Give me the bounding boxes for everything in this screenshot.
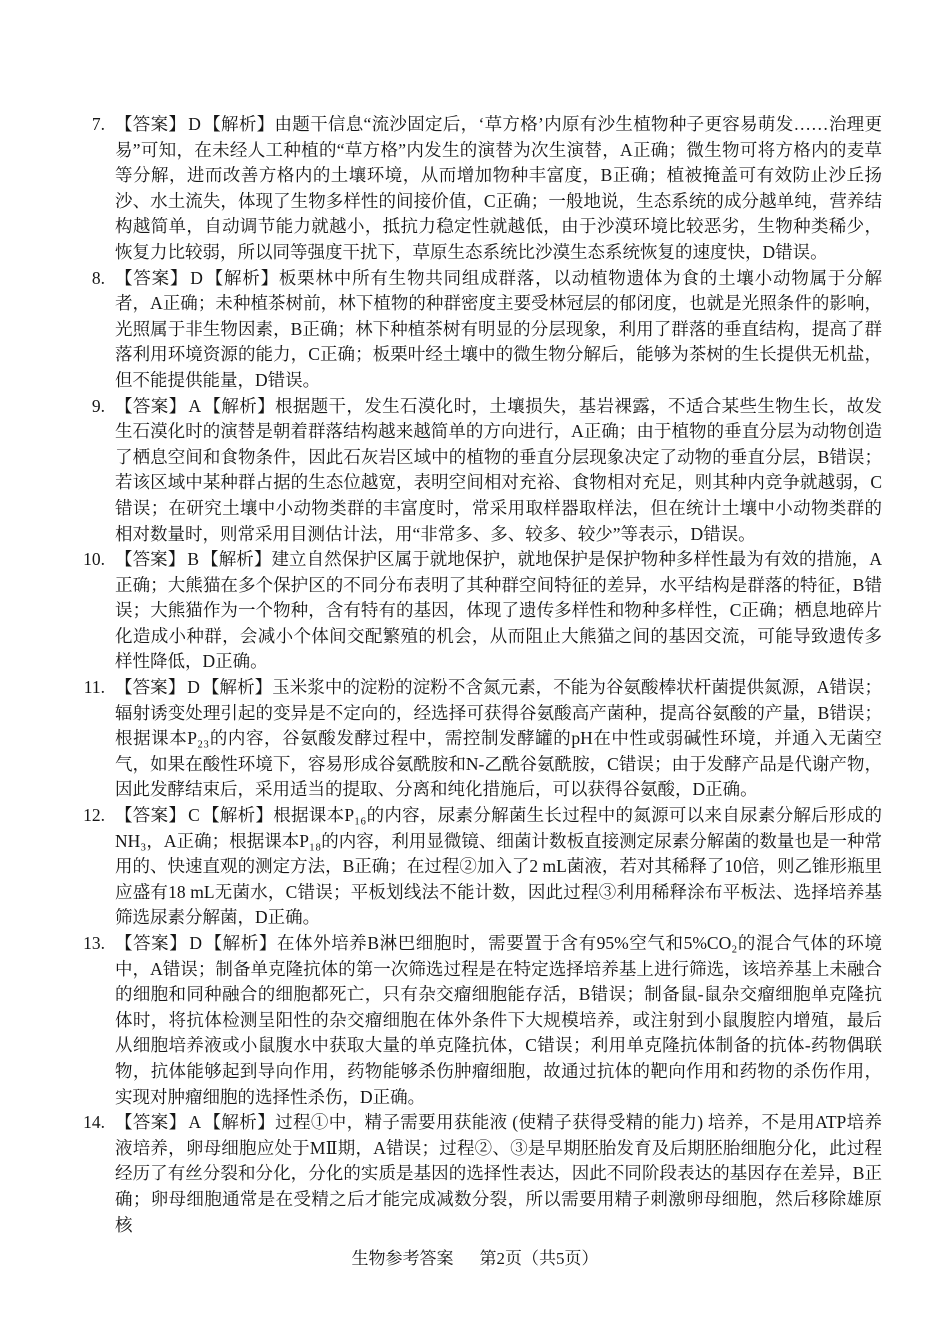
item-number: 14. [57,1110,105,1136]
answer-label: 【答案】 [115,933,187,953]
analysis-label: 【解析】 [203,1112,275,1132]
answer-item-8: 8. 【答案】D【解析】板栗林中所有生物共同组成群落，以动植物遗体为食的土壤小动… [115,266,882,394]
answers-list: 7. 【答案】D【解析】由题干信息“流沙固定后，‘草方格’内原有沙生植物种子更容… [115,112,882,1238]
answer-item-14: 14. 【答案】A【解析】过程①中，精子需要用获能液 (使精子获得受精的能力) … [115,1110,882,1238]
answer-letter: D [188,268,205,288]
answer-label: 【答案】 [115,677,185,697]
item-number: 11. [57,675,105,701]
item-number: 8. [57,266,105,292]
answer-label: 【答案】 [115,396,186,416]
answer-item-9: 9. 【答案】A【解析】根据题干，发生石漠化时，土壤损失，基岩裸露，不适合某些生… [115,394,882,548]
answer-letter: D [187,933,204,953]
analysis-label: 【解析】 [203,114,275,134]
item-text: 【答案】A【解析】根据题干，发生石漠化时，土壤损失，基岩裸露，不适合某些生物生长… [115,394,882,548]
answer-item-13: 13. 【答案】D【解析】在体外培养B淋巴细胞时，需要置于含有95%空气和5%C… [115,931,882,1110]
analysis-label: 【解析】 [205,268,279,288]
analysis-text: 由题干信息“流沙固定后，‘草方格’内原有沙生植物种子更容易萌发……治理更易”可知… [115,114,882,262]
item-number: 9. [57,394,105,420]
answer-label: 【答案】 [115,805,186,825]
answer-label: 【答案】 [115,1112,187,1132]
item-number: 12. [57,803,105,829]
answer-label: 【答案】 [115,549,185,569]
answer-letter: D [186,114,203,134]
answer-item-12: 12. 【答案】C【解析】根据课本P₁₆的内容，尿素分解菌生长过程中的氮源可以来… [115,803,882,931]
analysis-label: 【解析】 [202,805,273,825]
footer-doc-title: 生物参考答案 [352,1249,454,1268]
item-text: 【答案】B【解析】建立自然保护区属于就地保护，就地保护是保护物种多样性最为有效的… [115,547,882,675]
item-number: 13. [57,931,105,957]
analysis-label: 【解析】 [201,549,271,569]
item-number: 7. [57,112,105,138]
item-number: 10. [57,547,105,573]
answer-letter: C [186,805,202,825]
item-text: 【答案】D【解析】在体外培养B淋巴细胞时，需要置于含有95%空气和5%CO₂的混… [115,931,882,1110]
analysis-label: 【解析】 [204,933,277,953]
answer-label: 【答案】 [115,114,186,134]
answer-item-10: 10. 【答案】B【解析】建立自然保护区属于就地保护，就地保护是保护物种多样性最… [115,547,882,675]
item-text: 【答案】D【解析】由题干信息“流沙固定后，‘草方格’内原有沙生植物种子更容易萌发… [115,112,882,266]
analysis-text: 根据题干，发生石漠化时，土壤损失，基岩裸露，不适合某些生物生长，故发生石漠化时的… [115,396,882,544]
answer-label: 【答案】 [115,268,188,288]
analysis-label: 【解析】 [202,677,272,697]
item-text: 【答案】C【解析】根据课本P₁₆的内容，尿素分解菌生长过程中的氮源可以来自尿素分… [115,803,882,931]
answer-letter: A [186,396,203,416]
answer-letter: B [185,549,201,569]
item-text: 【答案】D【解析】板栗林中所有生物共同组成群落，以动植物遗体为食的土壤小动物属于… [115,266,882,394]
answer-item-11: 11. 【答案】D【解析】玉米浆中的淀粉的淀粉不含氮元素，不能为谷氨酸棒状杆菌提… [115,675,882,803]
answer-letter: A [187,1112,204,1132]
item-text: 【答案】A【解析】过程①中，精子需要用获能液 (使精子获得受精的能力) 培养，不… [115,1110,882,1238]
answer-letter: D [185,677,202,697]
answer-item-7: 7. 【答案】D【解析】由题干信息“流沙固定后，‘草方格’内原有沙生植物种子更容… [115,112,882,266]
analysis-label: 【解析】 [203,396,275,416]
footer-page-number: 第2页（共5页） [480,1249,599,1268]
analysis-text: 在体外培养B淋巴细胞时，需要置于含有95%空气和5%CO₂的混合气体的环境中，A… [115,933,882,1107]
page-footer: 生物参考答案第2页（共5页） [0,1246,950,1272]
item-text: 【答案】D【解析】玉米浆中的淀粉的淀粉不含氮元素，不能为谷氨酸棒状杆菌提供氮源，… [115,675,882,803]
answer-sheet-page: 7. 【答案】D【解析】由题干信息“流沙固定后，‘草方格’内原有沙生植物种子更容… [0,0,950,1343]
